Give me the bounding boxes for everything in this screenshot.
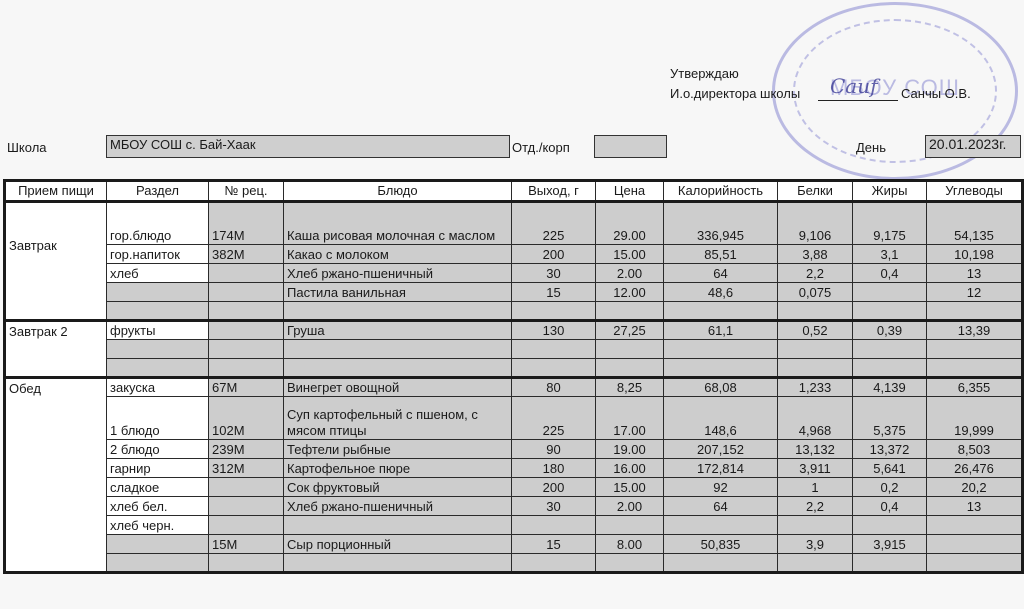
calories-cell[interactable]: 64 <box>664 497 778 516</box>
protein-cell[interactable] <box>778 516 853 535</box>
yield-cell[interactable]: 30 <box>512 264 596 283</box>
calories-cell[interactable] <box>664 302 778 321</box>
dish-cell[interactable] <box>284 516 512 535</box>
price-cell[interactable]: 8,25 <box>596 378 664 397</box>
protein-cell[interactable]: 3,911 <box>778 459 853 478</box>
calories-cell[interactable] <box>664 554 778 573</box>
meal-cell: Завтрак 2 <box>5 321 107 378</box>
protein-cell[interactable]: 4,968 <box>778 397 853 440</box>
fat-cell[interactable]: 4,139 <box>853 378 927 397</box>
yield-cell[interactable]: 200 <box>512 478 596 497</box>
calories-cell[interactable]: 336,945 <box>664 202 778 245</box>
recipe-cell[interactable] <box>209 340 284 359</box>
fat-cell[interactable] <box>853 340 927 359</box>
calories-cell[interactable]: 85,51 <box>664 245 778 264</box>
fat-cell[interactable]: 0,39 <box>853 321 927 340</box>
fat-cell[interactable]: 0,4 <box>853 497 927 516</box>
dish-cell[interactable]: Картофельное пюре <box>284 459 512 478</box>
table-row <box>5 340 1023 359</box>
dish-cell[interactable]: Суп картофельный с пшеном, с мясом птицы <box>284 397 512 440</box>
recipe-cell[interactable] <box>209 554 284 573</box>
calories-cell[interactable]: 64 <box>664 264 778 283</box>
yield-cell[interactable] <box>512 340 596 359</box>
price-cell[interactable] <box>596 340 664 359</box>
fat-cell[interactable] <box>853 283 927 302</box>
price-cell[interactable]: 29.00 <box>596 202 664 245</box>
yield-cell[interactable]: 225 <box>512 397 596 440</box>
carbs-cell[interactable]: 6,355 <box>927 378 1023 397</box>
recipe-cell[interactable] <box>209 359 284 378</box>
carbs-cell[interactable]: 54,135 <box>927 202 1023 245</box>
price-cell[interactable]: 2.00 <box>596 264 664 283</box>
price-cell[interactable]: 15.00 <box>596 245 664 264</box>
dish-cell[interactable]: Каша рисовая молочная с маслом <box>284 202 512 245</box>
dish-cell[interactable]: Тефтели рыбные <box>284 440 512 459</box>
price-cell[interactable]: 27,25 <box>596 321 664 340</box>
table-row <box>5 302 1023 321</box>
recipe-cell[interactable]: 239М <box>209 440 284 459</box>
protein-cell[interactable] <box>778 340 853 359</box>
price-cell[interactable]: 8.00 <box>596 535 664 554</box>
dish-cell[interactable]: Хлеб ржано-пшеничный <box>284 497 512 516</box>
carbs-cell[interactable] <box>927 302 1023 321</box>
carbs-cell[interactable]: 10,198 <box>927 245 1023 264</box>
table-row: гарнир312МКартофельное пюре18016.00172,8… <box>5 459 1023 478</box>
fat-cell[interactable]: 13,372 <box>853 440 927 459</box>
recipe-cell[interactable] <box>209 516 284 535</box>
protein-cell[interactable] <box>778 359 853 378</box>
calories-cell[interactable] <box>664 359 778 378</box>
recipe-cell[interactable] <box>209 302 284 321</box>
recipe-cell[interactable]: 382М <box>209 245 284 264</box>
protein-cell[interactable] <box>778 302 853 321</box>
yield-cell[interactable]: 180 <box>512 459 596 478</box>
table-row: Обедзакуска67МВинегрет овощной808,2568,0… <box>5 378 1023 397</box>
price-cell[interactable]: 15.00 <box>596 478 664 497</box>
table-row: сладкоеСок фруктовый20015.009210,220,2 <box>5 478 1023 497</box>
protein-cell[interactable]: 2,2 <box>778 497 853 516</box>
yield-cell[interactable]: 80 <box>512 378 596 397</box>
fat-cell[interactable] <box>853 554 927 573</box>
carbs-cell[interactable]: 19,999 <box>927 397 1023 440</box>
yield-cell[interactable]: 225 <box>512 202 596 245</box>
protein-cell[interactable]: 3,9 <box>778 535 853 554</box>
recipe-cell[interactable]: 312М <box>209 459 284 478</box>
price-cell[interactable]: 17.00 <box>596 397 664 440</box>
section-cell[interactable]: хлеб бел. <box>107 497 209 516</box>
price-cell[interactable] <box>596 516 664 535</box>
col-header-price: Цена <box>596 181 664 202</box>
calories-cell[interactable] <box>664 340 778 359</box>
calories-cell[interactable]: 148,6 <box>664 397 778 440</box>
signature: Саиf <box>830 74 878 98</box>
recipe-cell[interactable]: 174М <box>209 202 284 245</box>
recipe-cell[interactable] <box>209 321 284 340</box>
calories-cell[interactable]: 92 <box>664 478 778 497</box>
carbs-cell[interactable]: 13 <box>927 264 1023 283</box>
price-cell[interactable]: 19.00 <box>596 440 664 459</box>
protein-cell[interactable]: 1 <box>778 478 853 497</box>
dish-cell[interactable]: Сыр порционный <box>284 535 512 554</box>
dish-cell[interactable] <box>284 554 512 573</box>
table-row: Завтрак 2фруктыГруша13027,2561,10,520,39… <box>5 321 1023 340</box>
section-cell[interactable] <box>107 283 209 302</box>
dish-cell[interactable]: Груша <box>284 321 512 340</box>
section-cell[interactable]: гор.блюдо <box>107 202 209 245</box>
fat-cell[interactable] <box>853 302 927 321</box>
yield-cell[interactable] <box>512 359 596 378</box>
table-row: хлеб черн. <box>5 516 1023 535</box>
col-header-fat: Жиры <box>853 181 927 202</box>
carbs-cell[interactable]: 20,2 <box>927 478 1023 497</box>
protein-cell[interactable]: 9,106 <box>778 202 853 245</box>
recipe-cell[interactable]: 15М <box>209 535 284 554</box>
table-row: хлебХлеб ржано-пшеничный302.00642,20,413 <box>5 264 1023 283</box>
section-cell[interactable]: фрукты <box>107 321 209 340</box>
school-label: Школа <box>7 140 47 156</box>
section-cell[interactable]: гор.напиток <box>107 245 209 264</box>
recipe-cell[interactable]: 67М <box>209 378 284 397</box>
yield-cell[interactable] <box>512 516 596 535</box>
price-cell[interactable]: 2.00 <box>596 497 664 516</box>
yield-cell[interactable]: 130 <box>512 321 596 340</box>
fat-cell[interactable]: 0,4 <box>853 264 927 283</box>
protein-cell[interactable]: 13,132 <box>778 440 853 459</box>
section-cell[interactable] <box>107 359 209 378</box>
section-cell[interactable]: хлеб черн. <box>107 516 209 535</box>
table-row: 15МСыр порционный158.0050,8353,93,915 <box>5 535 1023 554</box>
stamp-center-text: МБОУ СОШ <box>775 75 1015 101</box>
protein-cell[interactable] <box>778 554 853 573</box>
calories-cell[interactable]: 172,814 <box>664 459 778 478</box>
day-label: День <box>856 140 886 156</box>
carbs-cell[interactable] <box>927 516 1023 535</box>
calories-cell[interactable] <box>664 516 778 535</box>
col-header-meal: Прием пищи <box>5 181 107 202</box>
section-cell[interactable] <box>107 535 209 554</box>
fat-cell[interactable]: 9,175 <box>853 202 927 245</box>
col-header-dish: Блюдо <box>284 181 512 202</box>
signature-line <box>818 100 898 101</box>
section-cell[interactable] <box>107 340 209 359</box>
dept-field[interactable] <box>594 135 667 158</box>
price-cell[interactable] <box>596 302 664 321</box>
dish-cell[interactable]: Какао с молоком <box>284 245 512 264</box>
calories-cell[interactable]: 61,1 <box>664 321 778 340</box>
carbs-cell[interactable] <box>927 340 1023 359</box>
carbs-cell[interactable] <box>927 359 1023 378</box>
dish-cell[interactable]: Хлеб ржано-пшеничный <box>284 264 512 283</box>
meal-cell: Завтрак <box>5 202 107 321</box>
dish-cell[interactable]: Сок фруктовый <box>284 478 512 497</box>
fat-cell[interactable] <box>853 359 927 378</box>
table-row <box>5 359 1023 378</box>
carbs-cell[interactable]: 13 <box>927 497 1023 516</box>
fat-cell[interactable]: 3,915 <box>853 535 927 554</box>
section-cell[interactable]: 1 блюдо <box>107 397 209 440</box>
protein-cell[interactable]: 2,2 <box>778 264 853 283</box>
price-cell[interactable] <box>596 359 664 378</box>
fat-cell[interactable] <box>853 516 927 535</box>
price-cell[interactable]: 12.00 <box>596 283 664 302</box>
section-cell[interactable]: закуска <box>107 378 209 397</box>
school-field[interactable]: МБОУ СОШ с. Бай-Хаак <box>106 135 510 158</box>
yield-cell[interactable] <box>512 302 596 321</box>
col-header-section: Раздел <box>107 181 209 202</box>
calories-cell[interactable]: 68,08 <box>664 378 778 397</box>
section-cell[interactable]: сладкое <box>107 478 209 497</box>
section-cell[interactable] <box>107 302 209 321</box>
dept-label: Отд./корп <box>512 140 570 156</box>
carbs-cell[interactable] <box>927 554 1023 573</box>
protein-cell[interactable]: 1,233 <box>778 378 853 397</box>
calories-cell[interactable]: 207,152 <box>664 440 778 459</box>
section-cell[interactable]: хлеб <box>107 264 209 283</box>
col-header-yield: Выход, г <box>512 181 596 202</box>
meal-cell: Обед <box>5 378 107 573</box>
yield-cell[interactable]: 15 <box>512 283 596 302</box>
recipe-cell[interactable] <box>209 283 284 302</box>
day-field[interactable]: 20.01.2023г. <box>925 135 1021 158</box>
dish-cell[interactable] <box>284 302 512 321</box>
dish-cell[interactable]: Винегрет овощной <box>284 378 512 397</box>
approval-title: Утверждаю <box>670 66 739 82</box>
col-header-carbs: Углеводы <box>927 181 1023 202</box>
protein-cell[interactable]: 0,075 <box>778 283 853 302</box>
col-header-recipe: № рец. <box>209 181 284 202</box>
calories-cell[interactable]: 50,835 <box>664 535 778 554</box>
table-row <box>5 554 1023 573</box>
section-cell[interactable]: 2 блюдо <box>107 440 209 459</box>
price-cell[interactable]: 16.00 <box>596 459 664 478</box>
dish-cell[interactable] <box>284 340 512 359</box>
yield-cell[interactable]: 15 <box>512 535 596 554</box>
approval-position: И.о.директора школы <box>670 86 800 102</box>
table-row: Пастила ванильная1512.0048,60,07512 <box>5 283 1023 302</box>
carbs-cell[interactable]: 13,39 <box>927 321 1023 340</box>
recipe-cell[interactable] <box>209 478 284 497</box>
carbs-cell[interactable]: 12 <box>927 283 1023 302</box>
dish-cell[interactable]: Пастила ванильная <box>284 283 512 302</box>
table-row: Завтракгор.блюдо174МКаша рисовая молочна… <box>5 202 1023 245</box>
carbs-cell[interactable] <box>927 535 1023 554</box>
yield-cell[interactable]: 90 <box>512 440 596 459</box>
fat-cell[interactable]: 0,2 <box>853 478 927 497</box>
recipe-cell[interactable]: 102М <box>209 397 284 440</box>
table-header-row: Прием пищи Раздел № рец. Блюдо Выход, г … <box>5 181 1023 202</box>
col-header-calories: Калорийность <box>664 181 778 202</box>
section-cell[interactable] <box>107 554 209 573</box>
protein-cell[interactable]: 3,88 <box>778 245 853 264</box>
protein-cell[interactable]: 0,52 <box>778 321 853 340</box>
fat-cell[interactable]: 5,641 <box>853 459 927 478</box>
col-header-protein: Белки <box>778 181 853 202</box>
section-cell[interactable]: гарнир <box>107 459 209 478</box>
fat-cell[interactable]: 3,1 <box>853 245 927 264</box>
yield-cell[interactable]: 200 <box>512 245 596 264</box>
approver-name: Санчы О.В. <box>901 86 971 102</box>
table-row: 2 блюдо239МТефтели рыбные9019.00207,1521… <box>5 440 1023 459</box>
table-row: хлеб бел.Хлеб ржано-пшеничный302.00642,2… <box>5 497 1023 516</box>
table-row: гор.напиток382МКакао с молоком20015.0085… <box>5 245 1023 264</box>
recipe-cell[interactable] <box>209 497 284 516</box>
dish-cell[interactable] <box>284 359 512 378</box>
yield-cell[interactable]: 30 <box>512 497 596 516</box>
menu-table: Прием пищи Раздел № рец. Блюдо Выход, г … <box>3 179 1024 574</box>
fat-cell[interactable]: 5,375 <box>853 397 927 440</box>
table-row: 1 блюдо102МСуп картофельный с пшеном, с … <box>5 397 1023 440</box>
recipe-cell[interactable] <box>209 264 284 283</box>
calories-cell[interactable]: 48,6 <box>664 283 778 302</box>
price-cell[interactable] <box>596 554 664 573</box>
carbs-cell[interactable]: 8,503 <box>927 440 1023 459</box>
carbs-cell[interactable]: 26,476 <box>927 459 1023 478</box>
yield-cell[interactable] <box>512 554 596 573</box>
